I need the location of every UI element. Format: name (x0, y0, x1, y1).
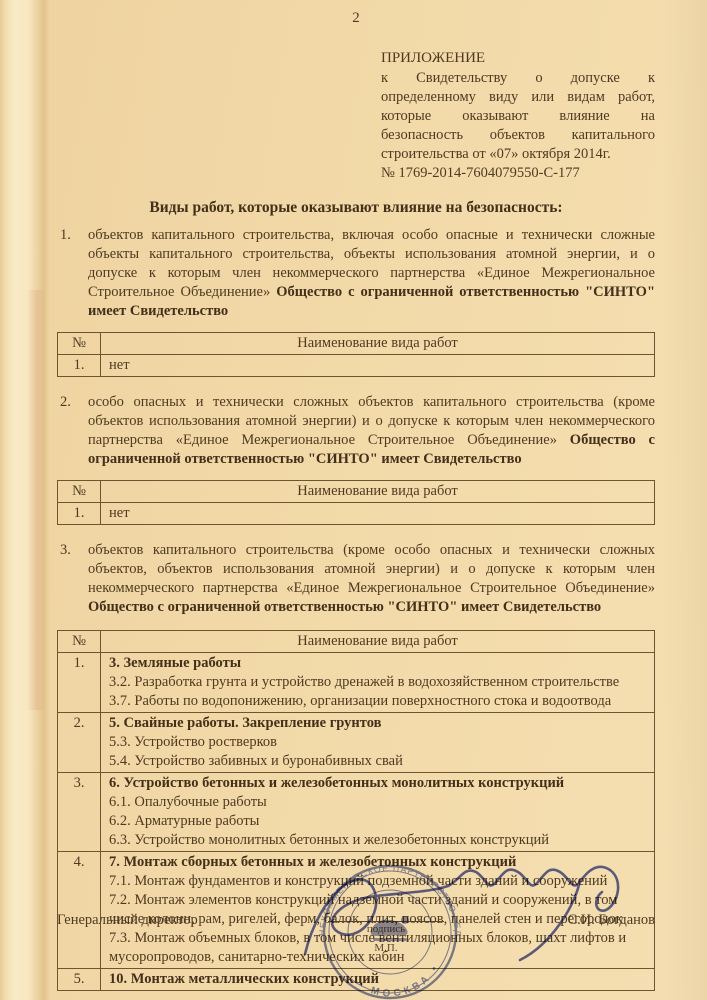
col-header-number: № (58, 631, 101, 653)
row-value-cell: 10. Монтаж металлических конструкций (101, 969, 655, 991)
list-item-2: 2.особо опасных и технически сложных объ… (57, 393, 655, 469)
annex-label: ПРИЛОЖЕНИЕ (381, 49, 655, 68)
work-item-line: 6.3. Устройство монолитных бетонных и же… (109, 831, 646, 850)
director-name: С.И. Богданов (568, 912, 656, 929)
page-edge-tint (26, 290, 46, 710)
document-title: Виды работ, которые оказывают влияние на… (57, 198, 655, 217)
certificate-number: № 1769-2014-7604079550-С-177 (381, 164, 655, 183)
work-group-title: 7. Монтаж сборных бетонных и железобетон… (109, 853, 646, 872)
row-number-cell: 2. (58, 713, 101, 773)
director-position-label: Генеральный директор (57, 912, 198, 929)
seal-place-label: М.П. (328, 942, 444, 954)
col-header-name: Наименование вида работ (101, 333, 655, 355)
table-row: 1. нет (58, 503, 655, 525)
row-value-cell: 5. Свайные работы. Закрепление грунтов 5… (101, 713, 655, 773)
work-item-line: 3.7. Работы по водопонижению, организаци… (109, 692, 646, 711)
row-number-cell: 5. (58, 969, 101, 991)
list-item-1: 1.объектов капитального строительства, в… (57, 226, 655, 321)
signature-block: подпись М.П. (328, 921, 444, 954)
row-number-cell: 1. (58, 355, 101, 377)
list-item-3: 3.объектов капитального строительства (к… (57, 541, 655, 617)
row-number-cell: 1. (58, 653, 101, 713)
works-table-2: № Наименование вида работ 1. нет (57, 480, 655, 525)
list-item-number: 1. (60, 226, 71, 245)
work-item-line: 3.2. Разработка грунта и устройство дрен… (109, 673, 646, 692)
table-row: 2. 5. Свайные работы. Закрепление грунто… (58, 713, 655, 773)
work-item-line: 6.2. Арматурные работы (109, 812, 646, 831)
table-header-row: № Наименование вида работ (58, 631, 655, 653)
row-value-cell: нет (101, 503, 655, 525)
annex-header-block: ПРИЛОЖЕНИЕ к Свидетельству о допуске к о… (381, 49, 655, 183)
scanned-document-page: 2 ПРИЛОЖЕНИЕ к Свидетельству о допуске к… (0, 0, 707, 1000)
table-header-row: № Наименование вида работ (58, 481, 655, 503)
table-row: 1. 3. Земляные работы 3.2. Разработка гр… (58, 653, 655, 713)
work-item-line: 6.1. Опалубочные работы (109, 793, 646, 812)
page-number: 2 (57, 9, 655, 28)
page-binding-edge (0, 0, 50, 1000)
work-item-line: 5.4. Устройство забивных и буронабивных … (109, 752, 646, 771)
list-item-bold-text: Общество с ограниченной ответственностью… (88, 599, 601, 615)
row-value-cell: 6. Устройство бетонных и железобетонных … (101, 773, 655, 852)
work-group-title: 3. Земляные работы (109, 654, 646, 673)
row-value-cell: нет (101, 355, 655, 377)
work-group-title: 6. Устройство бетонных и железобетонных … (109, 774, 646, 793)
col-header-number: № (58, 333, 101, 355)
list-item-number: 2. (60, 393, 71, 412)
work-item-line: 5.3. Устройство ростверков (109, 733, 646, 752)
work-group-title: 5. Свайные работы. Закрепление грунтов (109, 714, 646, 733)
row-number-cell: 3. (58, 773, 101, 852)
page-right-shade (661, 0, 707, 1000)
row-number-cell: 1. (58, 503, 101, 525)
document-content: 2 ПРИЛОЖЕНИЕ к Свидетельству о допуске к… (57, 0, 655, 991)
works-table-1: № Наименование вида работ 1. нет (57, 332, 655, 377)
row-value-cell: 3. Земляные работы 3.2. Разработка грунт… (101, 653, 655, 713)
table-row: 1. нет (58, 355, 655, 377)
work-item-line: 7.1. Монтаж фундаментов и конструкций по… (109, 872, 646, 891)
signature-caption: подпись (328, 923, 444, 935)
row-number-cell: 4. (58, 852, 101, 969)
list-item-number: 3. (60, 541, 71, 560)
work-group-title: 10. Монтаж металлических конструкций (109, 970, 646, 989)
table-row: 5. 10. Монтаж металлических конструкций (58, 969, 655, 991)
col-header-name: Наименование вида работ (101, 631, 655, 653)
col-header-name: Наименование вида работ (101, 481, 655, 503)
col-header-number: № (58, 481, 101, 503)
table-header-row: № Наименование вида работ (58, 333, 655, 355)
signature-line (328, 921, 444, 922)
annex-description: к Свидетельству о допуске к определенном… (381, 69, 655, 164)
list-item-text: объектов капитального строительства (кро… (88, 542, 655, 596)
table-row: 3. 6. Устройство бетонных и железобетонн… (58, 773, 655, 852)
